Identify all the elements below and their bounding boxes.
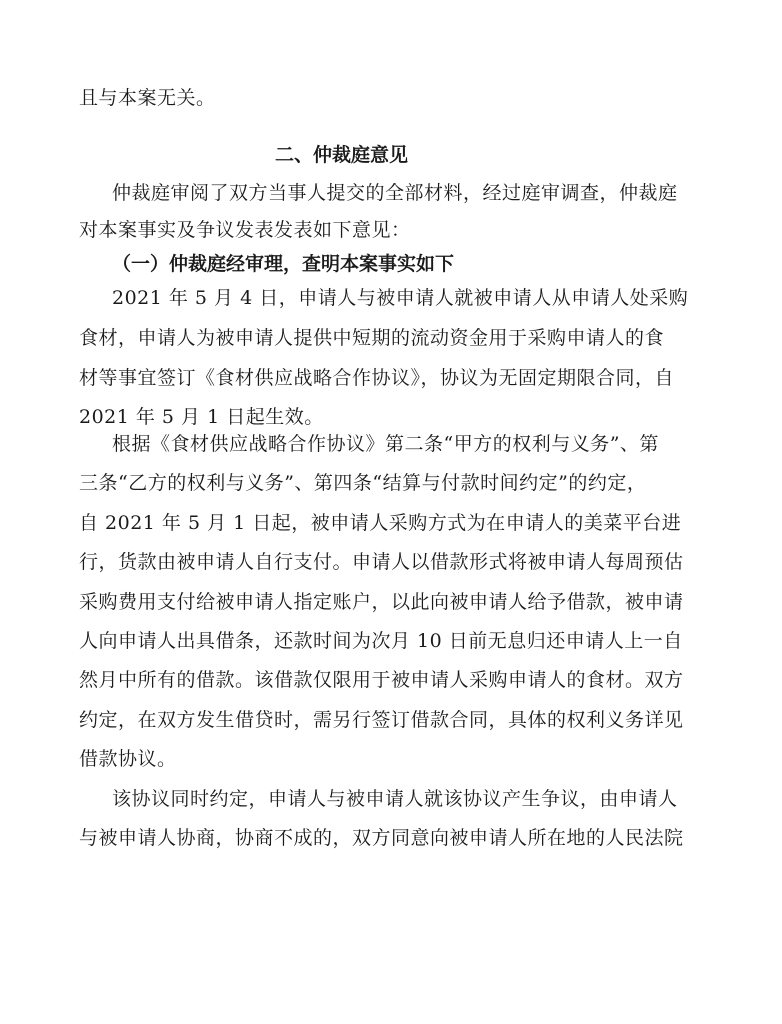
paragraph-line: 2021 年 5 月 4 日，申请人与被申请人就被申请人从申请人处采购 (112, 286, 688, 310)
document-page: 且与本案无关。 二、仲裁庭意见 仲裁庭审阅了双方当事人提交的全部材料，经过庭审调… (0, 0, 782, 1024)
subsection-heading: （一）仲裁庭经审理，查明本案事实如下 (112, 252, 454, 276)
paragraph-line: 材等事宜签订《食材供应战略合作协议》，协议为无固定期限合同，自 (79, 366, 674, 390)
paragraph-line: 仲裁庭审阅了双方当事人提交的全部材料，经过庭审调查，仲裁庭 (112, 181, 678, 205)
paragraph-line: 采购费用支付给被申请人指定账户，以此向被申请人给予借款，被申请 (79, 590, 684, 614)
paragraph-line: 约定，在双方发生借贷时，需另行签订借款合同，具体的权利义务详见 (79, 708, 684, 732)
paragraph-line: 人向申请人出具借条，还款时间为次月 10 日前无息归还申请人上一自 (79, 629, 683, 653)
paragraph-line: 自 2021 年 5 月 1 日起，被申请人采购方式为在申请人的美菜平台进 (79, 511, 681, 535)
paragraph-line: 该协议同时约定，申请人与被申请人就该协议产生争议，由申请人 (112, 787, 678, 811)
paragraph-line: 行，货款由被申请人自行支付。申请人以借款形式将被申请人每周预估 (79, 550, 684, 574)
paragraph-line: 然月中所有的借款。该借款仅限用于被申请人采购申请人的食材。双方 (79, 668, 684, 692)
paragraph-line: 三条“乙方的权利与义务”、第四条“结算与付款时间约定”的约定， (79, 471, 646, 495)
text-line: 且与本案无关。 (79, 86, 216, 110)
paragraph-line: 食材，申请人为被申请人提供中短期的流动资金用于采购申请人的食 (79, 326, 664, 350)
section-heading: 二、仲裁庭意见 (275, 143, 408, 167)
paragraph-line: 与被申请人协商，协商不成的，双方同意向被申请人所在地的人民法院 (79, 826, 684, 850)
paragraph-line: 借款协议。 (79, 747, 177, 771)
paragraph-line: 2021 年 5 月 1 日起生效。 (79, 405, 324, 429)
paragraph-line: 根据《食材供应战略合作协议》第二条“甲方的权利与义务”、第 (112, 432, 659, 456)
paragraph-line: 对本案事实及争议发表发表如下意见： (79, 218, 411, 242)
